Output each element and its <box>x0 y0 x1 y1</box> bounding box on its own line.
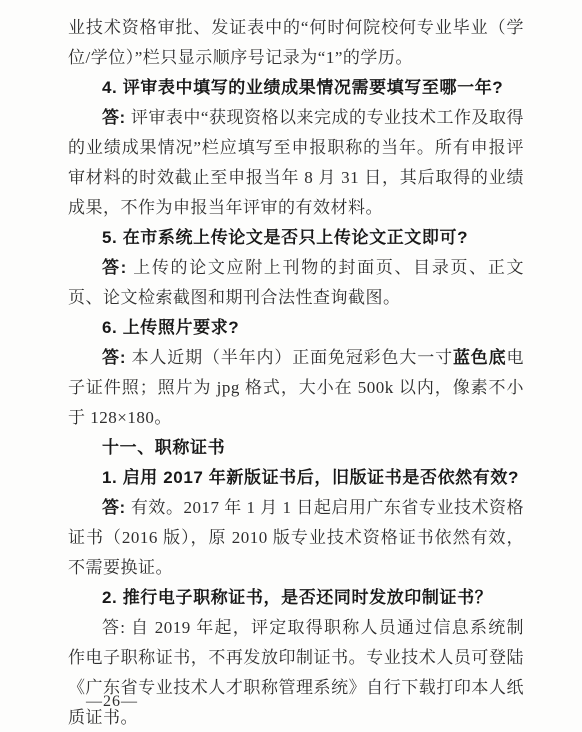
answer-paragraph: 答: 有效。2017 年 1 月 1 日起启用广东省专业技术资格证书（2016 … <box>68 493 524 583</box>
continuation-paragraph: 业技术资格审批、发证表中的“何时何院校何专业毕业（学位/学位）”栏只显示顺序号记… <box>68 13 524 73</box>
answer-paragraph: 答: 上传的论文应附上刊物的封面页、目录页、正文页、论文检索截图和期刊合法性查询… <box>68 253 524 313</box>
answer-paragraph: 答: 自 2019 年起，评定取得职称人员通过信息系统制作电子职称证书，不再发放… <box>68 613 524 732</box>
question-paragraph: 4. 评审表中填写的业绩成果情况需要填写至哪一年? <box>68 73 524 103</box>
text-run: 上传的论文应附上刊物的封面页、目录页、正文页、论文检索截图和期刊合法性查询截图。 <box>68 258 524 307</box>
text-run: 答: <box>102 258 133 277</box>
text-run: 答: <box>102 108 131 127</box>
answer-paragraph: 答: 本人近期（半年内）正面免冠彩色大一寸蓝色底电子证件照；照片为 jpg 格式… <box>68 343 524 433</box>
question-paragraph: 5. 在市系统上传论文是否只上传论文正文即可? <box>68 223 524 253</box>
text-run: 答: <box>102 498 131 517</box>
text-run: 业技术资格审批、发证表中的“何时何院校何专业毕业（学位/学位）”栏只显示顺序号记… <box>68 18 524 67</box>
heading-paragraph: 十一、职称证书 <box>68 433 524 463</box>
text-run: 蓝色底 <box>453 348 507 367</box>
question-paragraph: 6. 上传照片要求? <box>68 313 524 343</box>
text-run: 答: 自 2019 年起，评定取得职称人员通过信息系统制作电子职称证书，不再发放… <box>68 618 524 727</box>
question-paragraph: 2. 推行电子职称证书，是否还同时发放印制证书？ <box>68 583 524 613</box>
text-run: 评审表中“获现资格以来完成的专业技术工作及取得的业绩成果情况”栏应填写至申报职称… <box>68 108 524 217</box>
text-run: 十一、职称证书 <box>102 438 225 457</box>
answer-paragraph: 答: 评审表中“获现资格以来完成的专业技术工作及取得的业绩成果情况”栏应填写至申… <box>68 103 524 223</box>
document-page: 业技术资格审批、发证表中的“何时何院校何专业毕业（学位/学位）”栏只显示顺序号记… <box>0 0 582 732</box>
text-run: 6. 上传照片要求? <box>102 318 239 337</box>
text-run: 本人近期（半年内）正面免冠彩色大一寸 <box>132 348 453 367</box>
text-run: 答: <box>102 348 132 367</box>
text-run: 4. 评审表中填写的业绩成果情况需要填写至哪一年? <box>102 78 503 97</box>
question-paragraph: 1. 启用 2017 年新版证书后，旧版证书是否依然有效? <box>68 463 524 493</box>
text-run: 有效。2017 年 1 月 1 日起启用广东省专业技术资格证书（2016 版），… <box>68 498 524 577</box>
text-run: 5. 在市系统上传论文是否只上传论文正文即可? <box>102 228 468 247</box>
page-number: —26— <box>86 694 138 710</box>
text-run: 1. 启用 2017 年新版证书后，旧版证书是否依然有效? <box>102 468 519 487</box>
document-content: 业技术资格审批、发证表中的“何时何院校何专业毕业（学位/学位）”栏只显示顺序号记… <box>68 13 524 732</box>
text-run: 2. 推行电子职称证书，是否还同时发放印制证书？ <box>102 588 492 607</box>
